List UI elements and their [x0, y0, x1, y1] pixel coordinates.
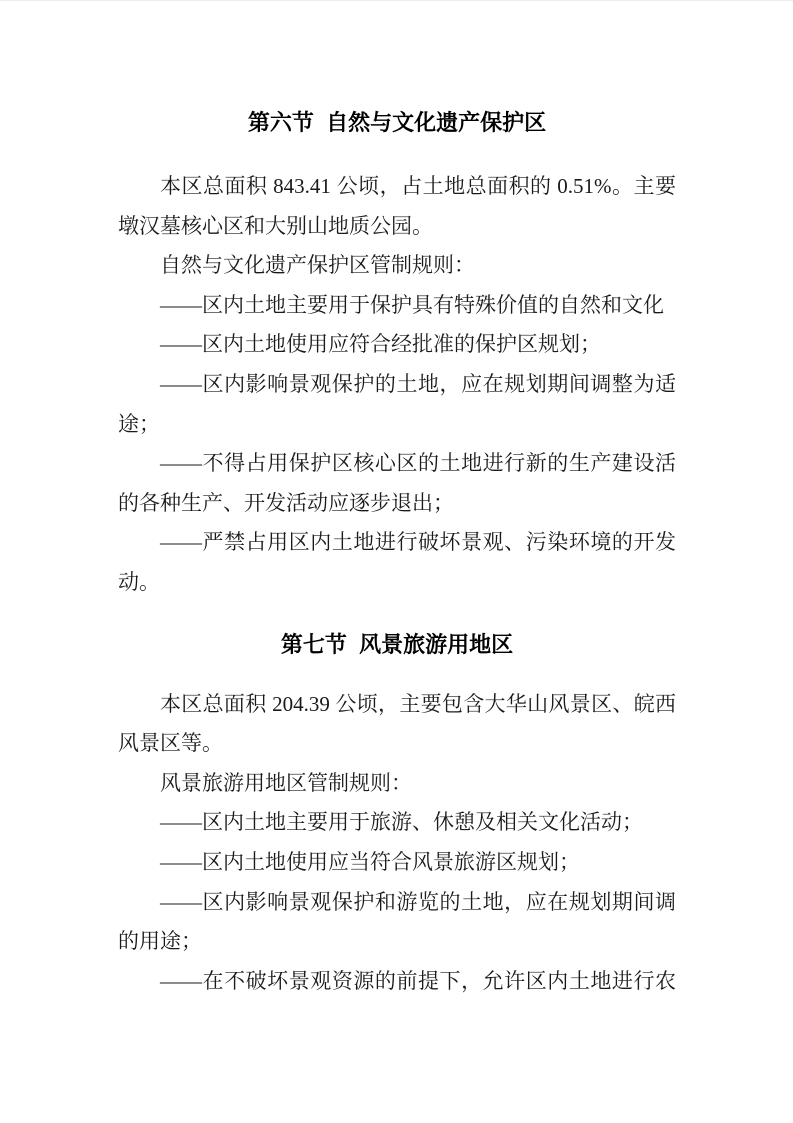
text-line: 墩汉墓核心区和大别山地质公园。 [118, 207, 676, 247]
document-page: 第六节 自然与文化遗产保护区 本区总面积 843.41 公顷，占土地总面积的 0… [0, 0, 793, 1123]
section-6-body: 本区总面积 843.41 公顷，占土地总面积的 0.51%。主要分布于双 墩汉墓… [118, 167, 676, 603]
text-line: ——严禁占用区内土地进行破坏景观、污染环境的开发建设活 [118, 523, 676, 563]
page-content: 第六节 自然与文化遗产保护区 本区总面积 843.41 公顷，占土地总面积的 0… [118, 107, 676, 1001]
text-line: 途； [118, 405, 676, 445]
text-line: ——区内影响景观保护的土地，应在规划期间调整为适宜的用 [118, 365, 676, 405]
text-line: ——区内土地使用应符合经批准的保护区规划； [118, 325, 676, 365]
text-line: ——在不破坏景观资源的前提下，允许区内土地进行农业生产活 [118, 962, 676, 1002]
text-line: 风景旅游用地区管制规则： [118, 764, 676, 804]
text-line: 本区总面积 843.41 公顷，占土地总面积的 0.51%。主要分布于双 [118, 167, 676, 207]
text-line: ——不得占用保护区核心区的土地进行新的生产建设活动，原有 [118, 444, 676, 484]
text-line: 的各种生产、开发活动应逐步退出； [118, 484, 676, 524]
section-7-body: 本区总面积 204.39 公顷，主要包含大华山风景区、皖西大裂谷 风景区等。 风… [118, 685, 676, 1002]
section-7-heading: 第七节 风景旅游用地区 [118, 629, 676, 661]
section-6: 第六节 自然与文化遗产保护区 本区总面积 843.41 公顷，占土地总面积的 0… [118, 107, 676, 603]
text-line: 的用途； [118, 922, 676, 962]
text-line: ——区内影响景观保护和游览的土地，应在规划期间调整为适宜 [118, 883, 676, 923]
text-line: 风景区等。 [118, 724, 676, 764]
text-line: ——区内土地主要用于旅游、休憩及相关文化活动； [118, 803, 676, 843]
section-7: 第七节 风景旅游用地区 本区总面积 204.39 公顷，主要包含大华山风景区、皖… [118, 629, 676, 1002]
text-line: 动。 [118, 563, 676, 603]
text-line: ——区内土地使用应当符合风景旅游区规划； [118, 843, 676, 883]
section-6-heading: 第六节 自然与文化遗产保护区 [118, 107, 676, 139]
text-line: 自然与文化遗产保护区管制规则： [118, 246, 676, 286]
text-line: 本区总面积 204.39 公顷，主要包含大华山风景区、皖西大裂谷 [118, 685, 676, 725]
text-line: ——区内土地主要用于保护具有特殊价值的自然和文化遗产； [118, 286, 676, 326]
